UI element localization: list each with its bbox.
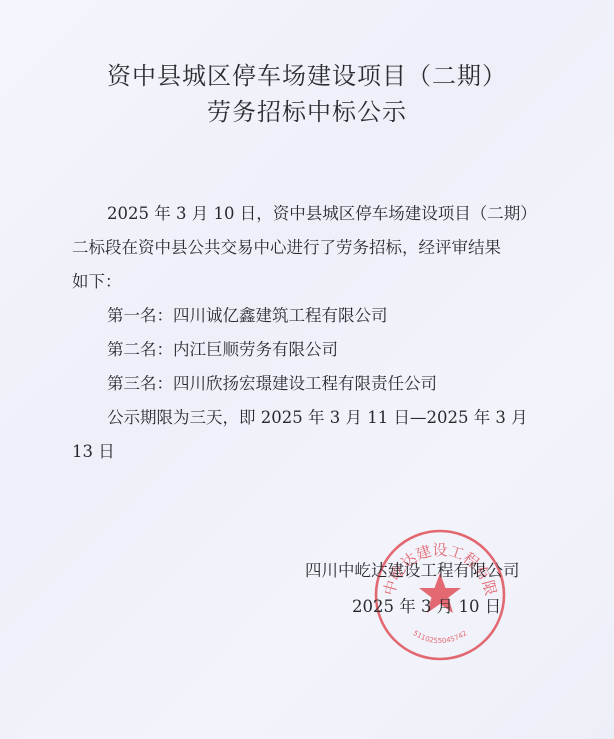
ranking-first: 第一名：四川诚亿鑫建筑工程有限公司 bbox=[107, 302, 388, 326]
document-page: 资中县城区停车场建设项目（二期） 劳务招标中标公示 2025 年 3 月 10 … bbox=[0, 0, 614, 739]
document-title-line1: 资中县城区停车场建设项目（二期） bbox=[0, 56, 614, 91]
document-title-line2: 劳务招标中标公示 bbox=[0, 92, 614, 127]
body-paragraph1-line3: 如下： bbox=[72, 268, 122, 292]
ranking-third: 第三名：四川欣扬宏璟建设工程有限责任公司 bbox=[107, 370, 437, 394]
signature-date: 2025 年 3 月 10 日 bbox=[352, 593, 501, 617]
ranking-second: 第二名：内江巨顺劳务有限公司 bbox=[107, 336, 338, 360]
svg-text:5110255045742: 5110255045742 bbox=[412, 629, 469, 645]
signature-company: 四川中屹达建设工程有限公司 bbox=[305, 557, 520, 581]
body-paragraph1-line1: 2025 年 3 月 10 日，资中县城区停车场建设项目（二期） bbox=[107, 200, 537, 224]
publicity-period-line1: 公示期限为三天，即 2025 年 3 月 11 日—2025 年 3 月 bbox=[107, 404, 528, 428]
body-paragraph1-line2: 二标段在资中县公共交易中心进行了劳务招标，经评审结果 bbox=[72, 234, 501, 258]
publicity-period-line2: 13 日 bbox=[72, 438, 115, 462]
